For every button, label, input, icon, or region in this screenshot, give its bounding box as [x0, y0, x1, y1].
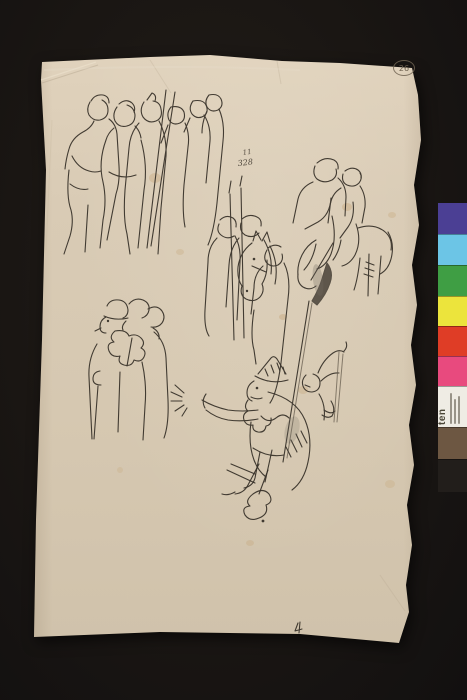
color-patch-cyan: [438, 234, 467, 265]
calibration-small-print-line: [450, 393, 452, 424]
calibration-small-print-line: [458, 396, 460, 424]
calibration-label-word: ten: [438, 387, 448, 428]
color-patch-white-label: ten: [438, 386, 467, 427]
color-calibration-strip: ten: [438, 203, 467, 492]
photograph-stage: 11 328: [0, 0, 467, 700]
color-patch-black: [438, 459, 467, 492]
calibration-label: ten: [438, 387, 467, 428]
calibration-small-print-line: [454, 399, 456, 424]
sketch-paper-sheet: [33, 55, 423, 647]
color-patch-yellow: [438, 296, 467, 326]
color-patch-magenta: [438, 356, 467, 386]
paper-shadow-wrap: [0, 0, 467, 700]
color-patch-red: [438, 326, 467, 356]
circled-inventory-number: 26: [393, 60, 415, 76]
inventory-number-text: 26: [399, 64, 409, 73]
color-patch-green: [438, 265, 467, 296]
color-patch-brown: [438, 427, 467, 459]
color-patch-violet: [438, 203, 467, 234]
